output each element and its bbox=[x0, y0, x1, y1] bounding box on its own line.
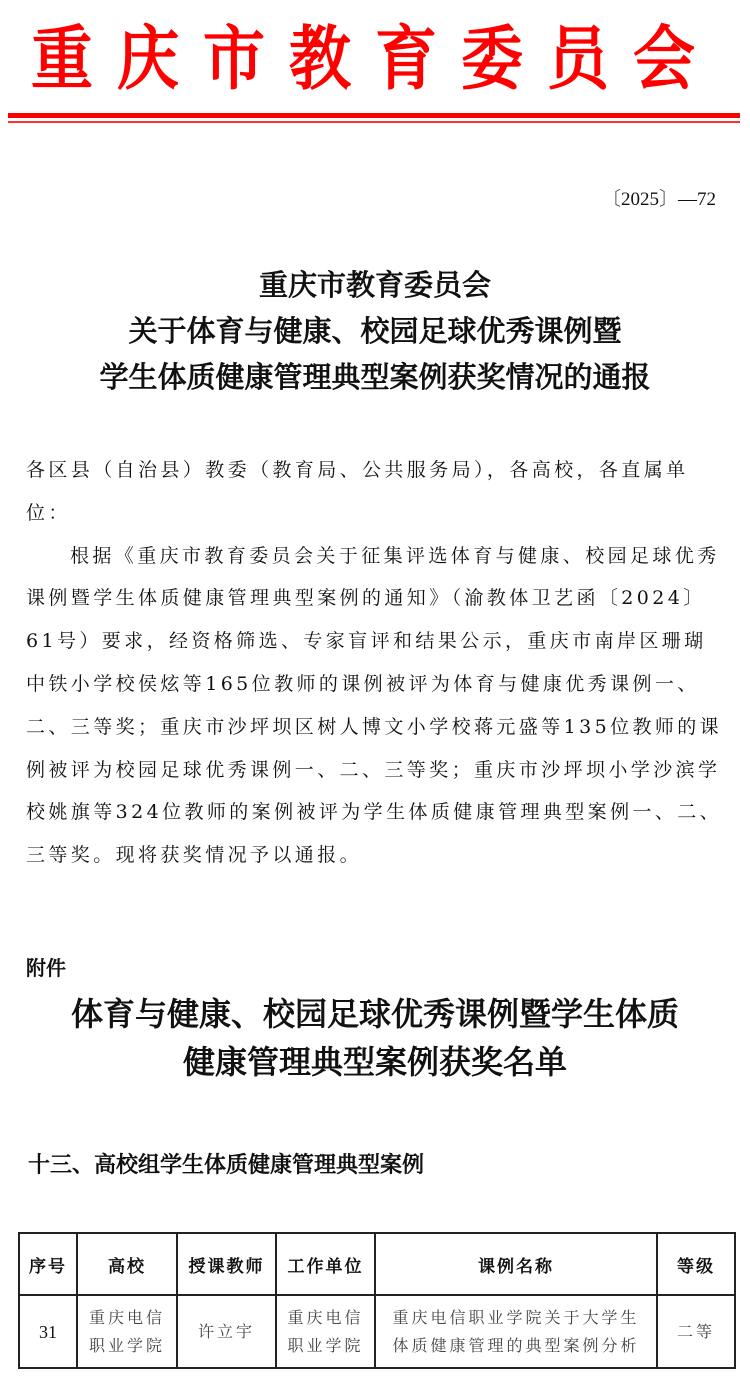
body-text: 各区县（自治县）教委（教育局、公共服务局），各高校，各直属单位： 根据《重庆市教… bbox=[26, 449, 726, 877]
masthead-thick-rule bbox=[8, 113, 740, 118]
title-line-1: 重庆市教育委员会 bbox=[0, 262, 750, 308]
table-header-row: 序号 高校 授课教师 工作单位 课例名称 等级 bbox=[19, 1233, 735, 1295]
document-title: 重庆市教育委员会 关于体育与健康、校园足球优秀课例暨 学生体质健康管理典型案例获… bbox=[0, 262, 750, 400]
cell-no: 31 bbox=[19, 1295, 77, 1368]
header-case-name: 课例名称 bbox=[375, 1233, 657, 1295]
header-grade: 等级 bbox=[657, 1233, 735, 1295]
school-line-1: 重庆电信 bbox=[78, 1304, 176, 1332]
unit-line-2: 职业学院 bbox=[277, 1332, 374, 1360]
header-no: 序号 bbox=[19, 1233, 77, 1295]
header-unit: 工作单位 bbox=[276, 1233, 375, 1295]
unit-line-1: 重庆电信 bbox=[277, 1304, 374, 1332]
case-line-2: 体质健康管理的典型案例分析 bbox=[376, 1332, 656, 1360]
section-title: 十三、高校组学生体质健康管理典型案例 bbox=[28, 1148, 424, 1179]
cell-case-name: 重庆电信职业学院关于大学生 体质健康管理的典型案例分析 bbox=[375, 1295, 657, 1368]
title-line-3: 学生体质健康管理典型案例获奖情况的通报 bbox=[0, 354, 750, 400]
attachment-title: 体育与健康、校园足球优秀课例暨学生体质 健康管理典型案例获奖名单 bbox=[0, 990, 750, 1086]
title-line-2: 关于体育与健康、校园足球优秀课例暨 bbox=[0, 308, 750, 354]
document-number: 〔2025〕—72 bbox=[602, 184, 716, 211]
cell-teacher: 许立宇 bbox=[177, 1295, 276, 1368]
header-school: 高校 bbox=[77, 1233, 177, 1295]
attachment-label: 附件 bbox=[26, 952, 66, 981]
body-paragraph: 根据《重庆市教育委员会关于征集评选体育与健康、校园足球优秀课例暨学生体质健康管理… bbox=[26, 535, 726, 877]
table-row: 31 重庆电信 职业学院 许立宇 重庆电信 职业学院 重庆电信职业学院关于大学生… bbox=[19, 1295, 735, 1368]
masthead-thin-rule bbox=[8, 121, 740, 123]
award-table: 序号 高校 授课教师 工作单位 课例名称 等级 31 重庆电信 职业学院 许立宇… bbox=[18, 1232, 736, 1369]
attachment-title-line-2: 健康管理典型案例获奖名单 bbox=[0, 1038, 750, 1086]
addressee: 各区县（自治县）教委（教育局、公共服务局），各高校，各直属单位： bbox=[26, 449, 726, 535]
header-teacher: 授课教师 bbox=[177, 1233, 276, 1295]
masthead-title: 重庆市教育委员会 bbox=[0, 13, 750, 105]
cell-unit: 重庆电信 职业学院 bbox=[276, 1295, 375, 1368]
attachment-title-line-1: 体育与健康、校园足球优秀课例暨学生体质 bbox=[0, 990, 750, 1038]
cell-grade: 二等 bbox=[657, 1295, 735, 1368]
case-line-1: 重庆电信职业学院关于大学生 bbox=[376, 1304, 656, 1332]
cell-school: 重庆电信 职业学院 bbox=[77, 1295, 177, 1368]
school-line-2: 职业学院 bbox=[78, 1332, 176, 1360]
